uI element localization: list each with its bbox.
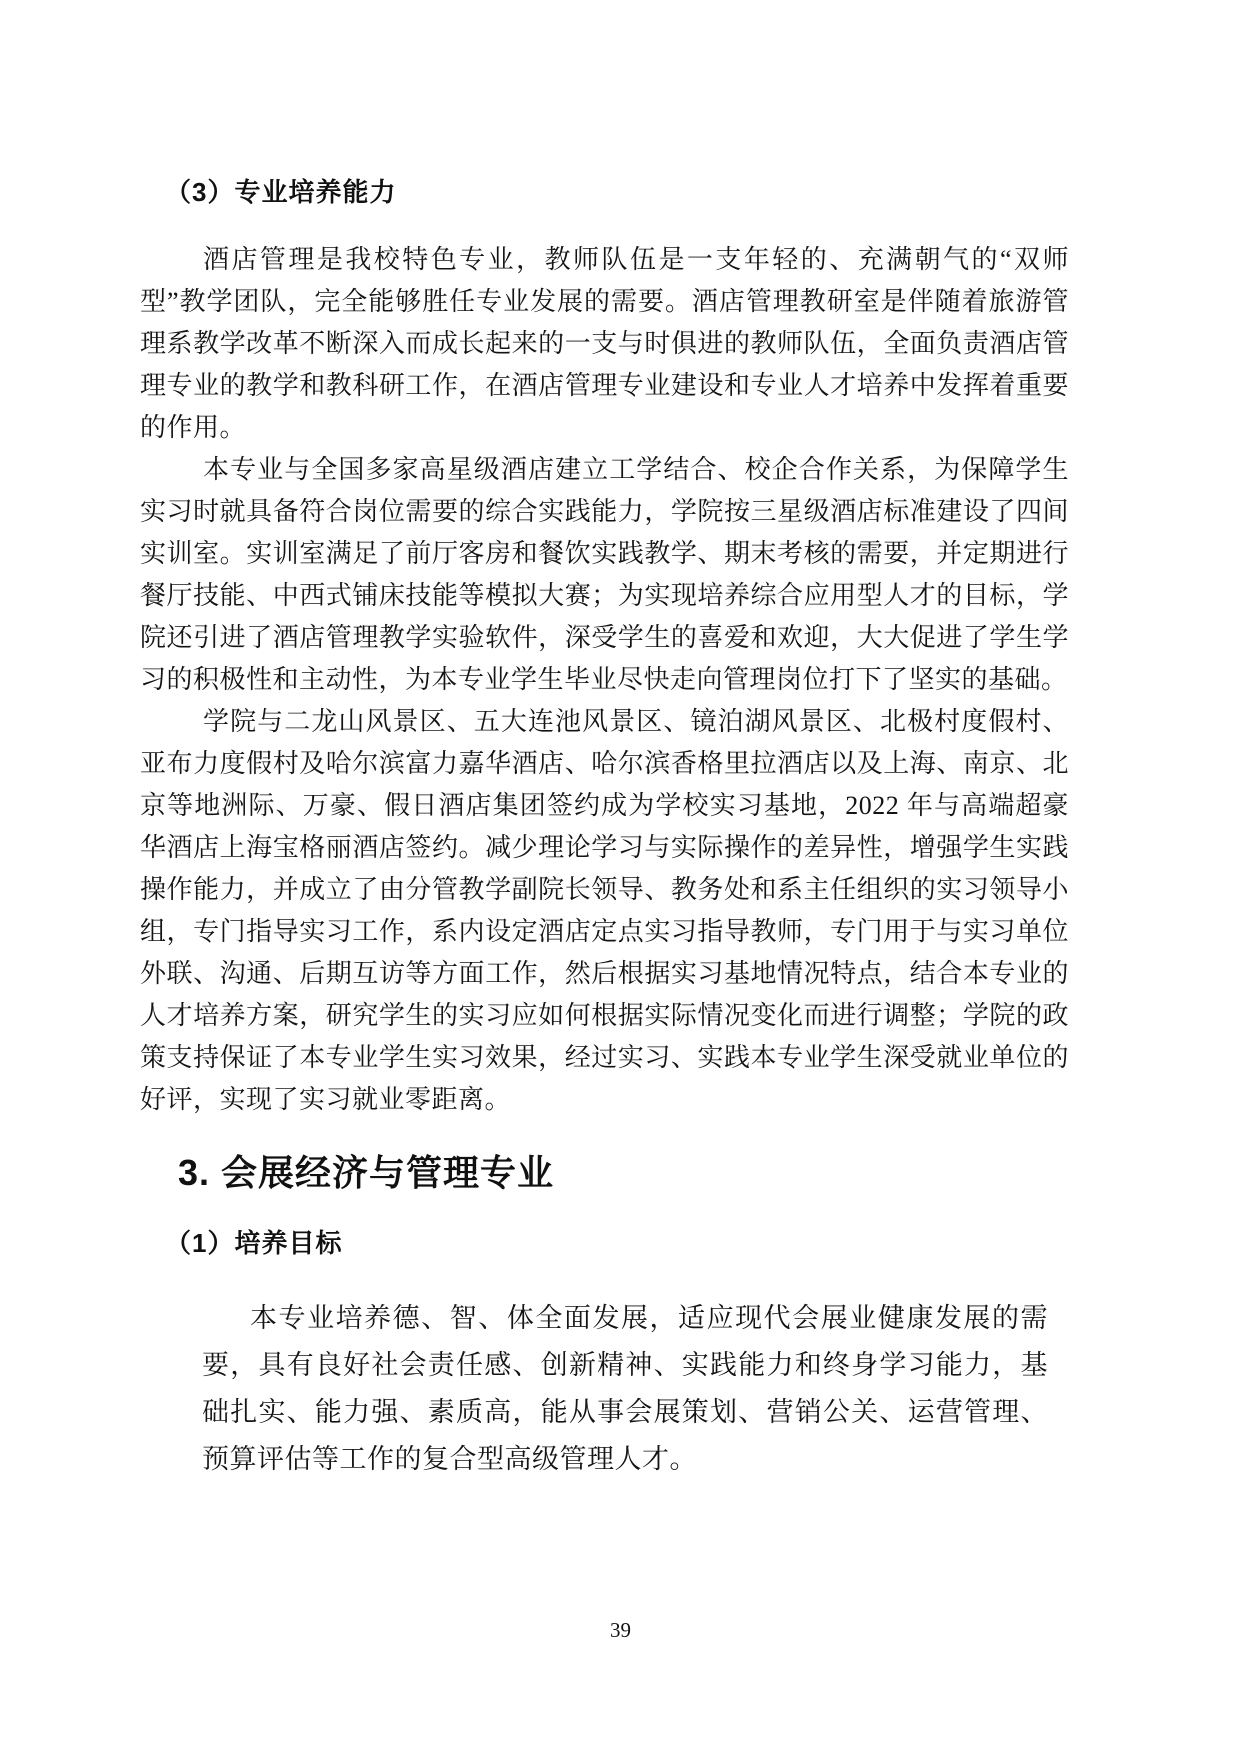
paragraph-internship-bases: 学院与二龙山风景区、五大连池风景区、镜泊湖风景区、北极村度假村、亚布力度假村及哈… (140, 701, 1069, 1121)
heading-mice-major: 3. 会展经济与管理专业 (178, 1150, 1069, 1196)
document-page: （3）专业培养能力 酒店管理是我校特色专业，教师队伍是一支年轻的、充满朝气的“双… (0, 0, 1241, 1754)
heading-training-objective: （1）培养目标 (165, 1226, 1069, 1260)
page-content: （3）专业培养能力 酒店管理是我校特色专业，教师队伍是一支年轻的、充满朝气的“双… (140, 0, 1069, 1483)
paragraph-school-enterprise-cooperation: 本专业与全国多家高星级酒店建立工学结合、校企合作关系，为保障学生实习时就具备符合… (140, 449, 1069, 701)
paragraph-mice-training-objective: 本专业培养德、智、体全面发展，适应现代会展业健康发展的需要，具有良好社会责任感、… (202, 1295, 1048, 1483)
heading-professional-training-ability: （3）专业培养能力 (165, 0, 1069, 209)
page-number: 39 (0, 1618, 1241, 1643)
section-hotel-body: 酒店管理是我校特色专业，教师队伍是一支年轻的、充满朝气的“双师型”教学团队，完全… (140, 239, 1069, 1121)
paragraph-hotel-faculty: 酒店管理是我校特色专业，教师队伍是一支年轻的、充满朝气的“双师型”教学团队，完全… (140, 239, 1069, 449)
